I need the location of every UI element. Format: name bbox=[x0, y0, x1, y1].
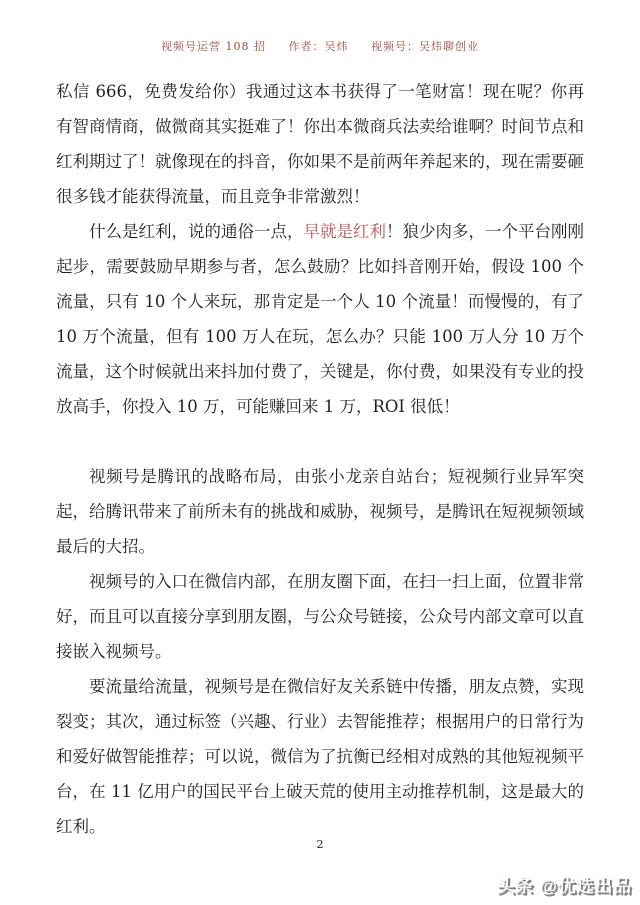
paragraph-2: 什么是红利，说的通俗一点，早就是红利！狼少肉多，一个平台刚刚起步，需要鼓励早期参… bbox=[56, 214, 584, 424]
paragraph-2-lead: 什么是红利，说的通俗一点， bbox=[89, 222, 304, 241]
paragraph-3: 视频号是腾讯的战略布局，由张小龙亲自站台；短视频行业异军突起，给腾讯带来了前所未… bbox=[56, 459, 584, 564]
paragraph-5: 要流量给流量，视频号是在微信好友关系链中传播，朋友点赞，实现裂变；其次，通过标签… bbox=[56, 669, 584, 844]
document-page: 视频号运营 108 招 作者：吴炜 视频号：吴炜聊创业 私信 666，免费发给你… bbox=[0, 0, 640, 905]
paragraph-1: 私信 666，免费发给你）我通过这本书获得了一笔财富！现在呢？你再有智商情商，做… bbox=[56, 74, 584, 214]
highlight-red-text: 早就是红利 bbox=[304, 222, 387, 241]
paragraph-2-rest: ！狼少肉多，一个平台刚刚起步，需要鼓励早期参与者，怎么鼓励？比如抖音刚开始，假设… bbox=[56, 222, 584, 416]
header-author: 作者：吴炜 bbox=[289, 38, 349, 54]
toutiao-watermark: 头条 @优选出品 bbox=[497, 873, 632, 898]
page-body-text: 私信 666，免费发给你）我通过这本书获得了一笔财富！现在呢？你再有智商情商，做… bbox=[56, 74, 584, 844]
paragraph-4: 视频号的入口在微信内部，在朋友圈下面，在扫一扫上面，位置非常好，而且可以直接分享… bbox=[56, 564, 584, 669]
header-account: 视频号：吴炜聊创业 bbox=[371, 38, 479, 54]
header-book-title: 视频号运营 108 招 bbox=[161, 38, 266, 54]
page-number: 2 bbox=[0, 837, 640, 851]
page-header: 视频号运营 108 招 作者：吴炜 视频号：吴炜聊创业 bbox=[0, 0, 640, 54]
